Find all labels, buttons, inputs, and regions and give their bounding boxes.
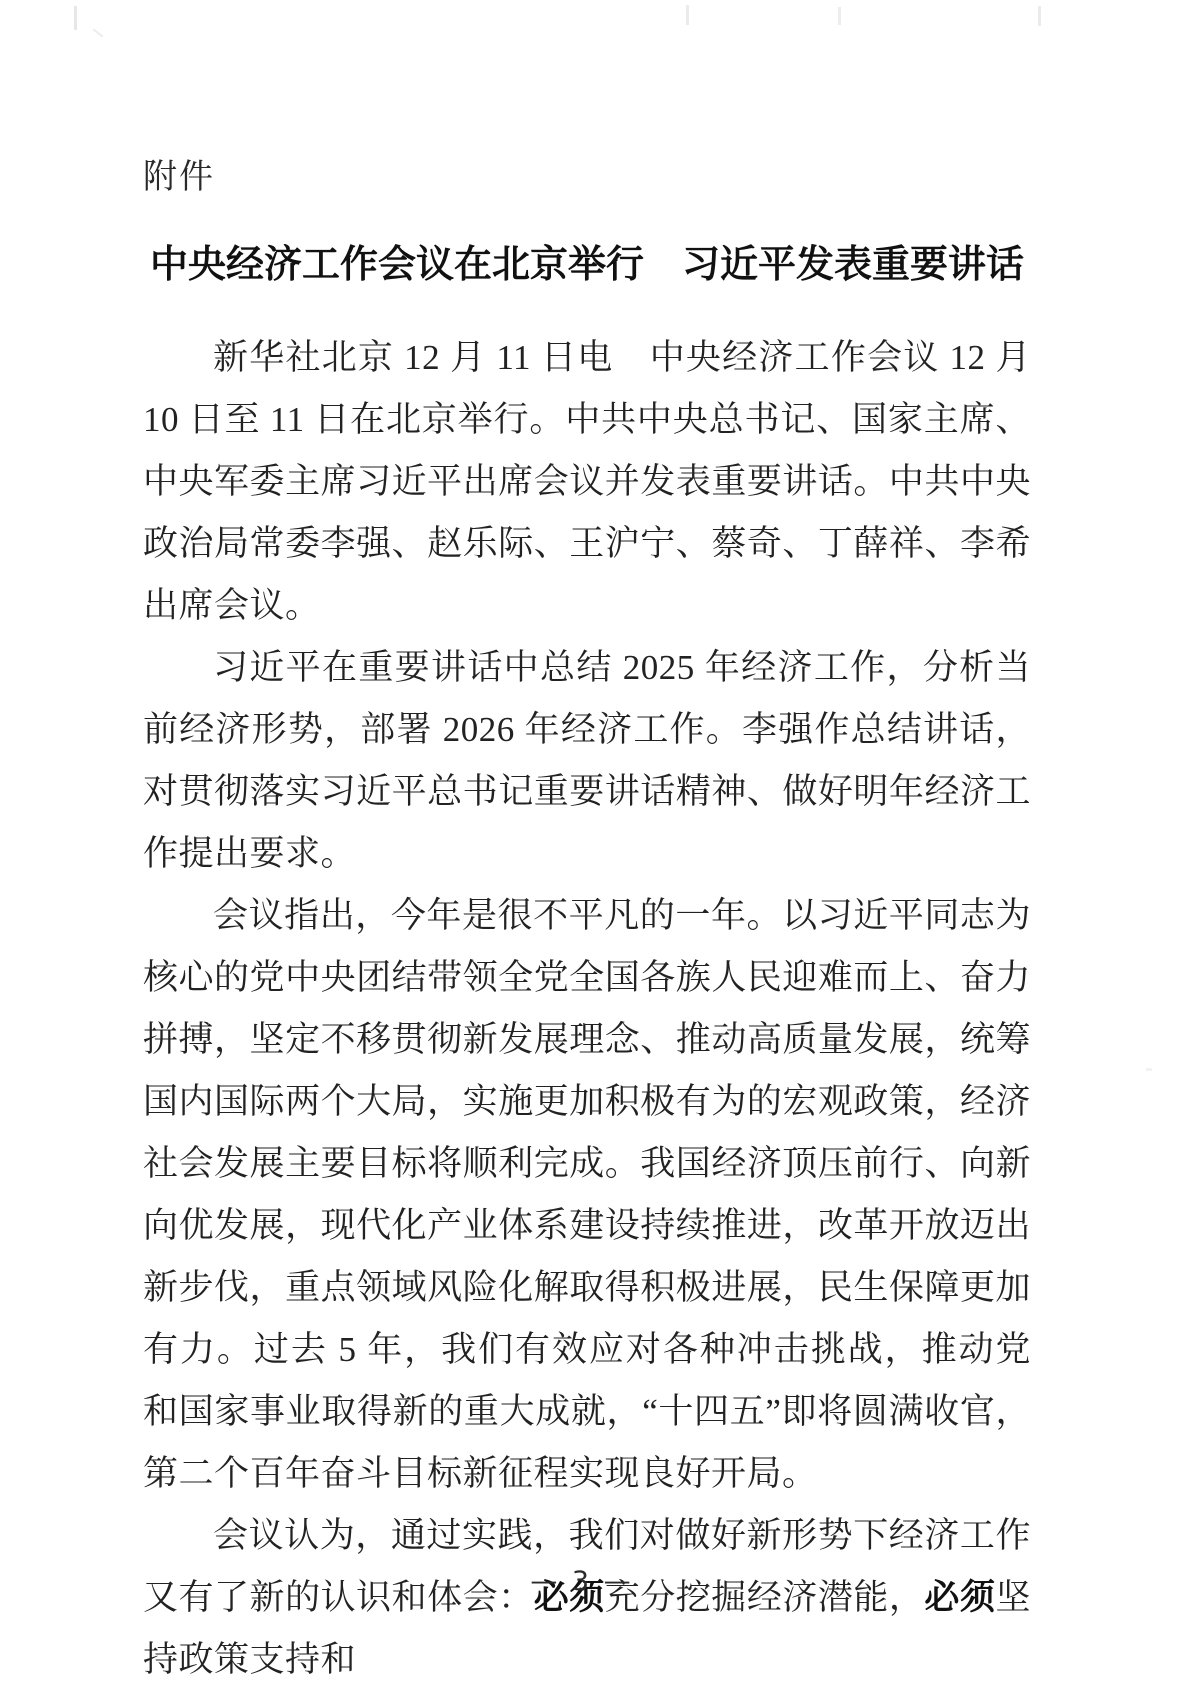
scan-artifact bbox=[74, 6, 77, 30]
scan-artifact bbox=[1038, 6, 1041, 26]
attachment-label: 附件 bbox=[143, 156, 215, 200]
text-run: 习近平在重要讲话中总结 2025 年经济工作，分析当前经济形势，部署 2026 … bbox=[143, 648, 1031, 873]
scan-artifact bbox=[93, 29, 104, 38]
document-title: 中央经济工作会议在北京举行 习近平发表重要讲话 bbox=[143, 239, 1031, 291]
document-body: 新华社北京 12 月 11 日电 中央经济工作会议 12 月 10 日至 11 … bbox=[143, 327, 1031, 1685]
scanned-document-page: 附件 中央经济工作会议在北京举行 习近平发表重要讲话 新华社北京 12 月 11… bbox=[0, 0, 1191, 1685]
text-run: 会议指出，今年是很不平凡的一年。以习近平同志为核心的党中央团结带领全党全国各族人… bbox=[143, 896, 1031, 1493]
text-run: 新华社北京 12 月 11 日电 中央经济工作会议 12 月 10 日至 11 … bbox=[143, 338, 1031, 625]
paragraph: 会议指出，今年是很不平凡的一年。以习近平同志为核心的党中央团结带领全党全国各族人… bbox=[143, 885, 1031, 1505]
scan-artifact bbox=[838, 7, 841, 25]
scan-artifact bbox=[686, 5, 689, 25]
paragraph: 新华社北京 12 月 11 日电 中央经济工作会议 12 月 10 日至 11 … bbox=[143, 327, 1031, 637]
scan-artifact bbox=[1146, 1068, 1152, 1071]
page-number: — 3 — bbox=[0, 1566, 1164, 1597]
paragraph: 习近平在重要讲话中总结 2025 年经济工作，分析当前经济形势，部署 2026 … bbox=[143, 637, 1031, 885]
